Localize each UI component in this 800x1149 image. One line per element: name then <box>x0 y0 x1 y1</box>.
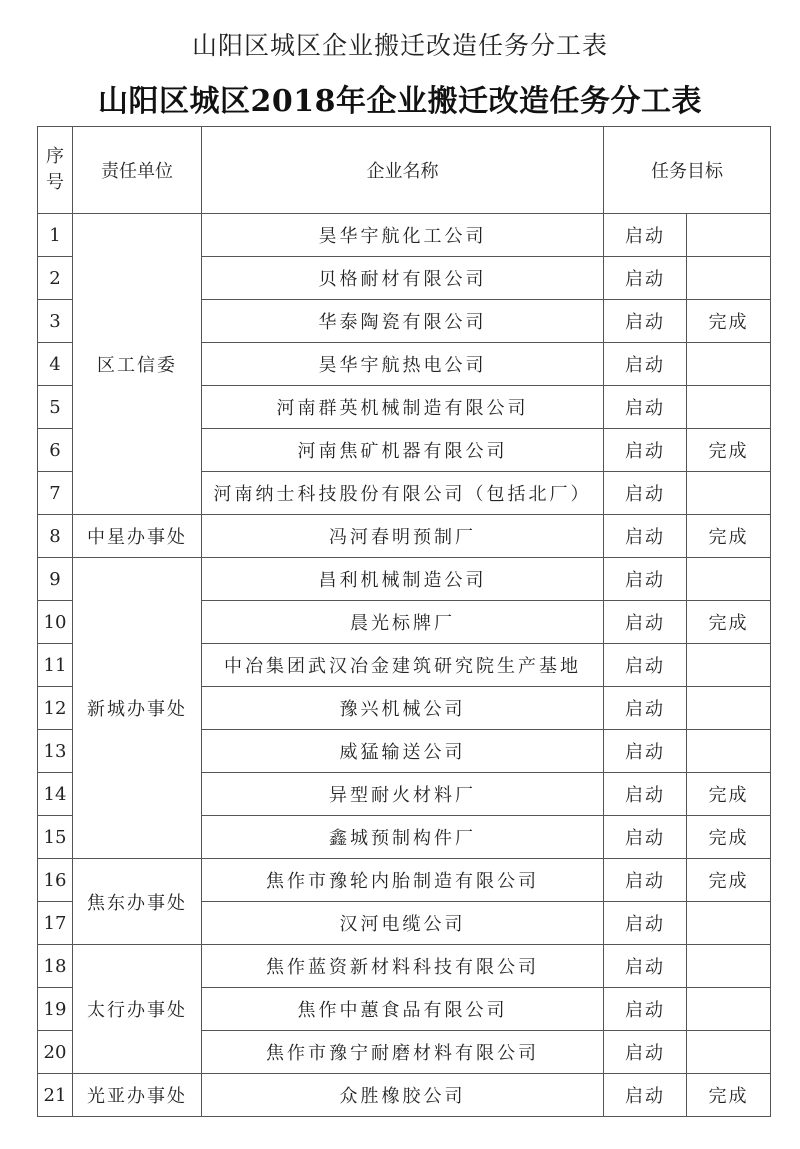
row-target-complete <box>687 687 771 730</box>
document-title: 山阳区城区2018年企业搬迁改造任务分工表 <box>0 76 800 120</box>
row-responsible-unit: 中星办事处 <box>73 515 202 558</box>
table-row: 16焦东办事处焦作市豫轮内胎制造有限公司启动完成 <box>38 859 771 902</box>
row-target-complete <box>687 214 771 257</box>
row-seq: 2 <box>38 257 73 300</box>
table-row: 8中星办事处冯河春明预制厂启动完成 <box>38 515 771 558</box>
row-target-complete: 完成 <box>687 859 771 902</box>
row-target-complete <box>687 730 771 773</box>
row-company-name: 焦作中蕙食品有限公司 <box>202 988 604 1031</box>
row-company-name: 异型耐火材料厂 <box>202 773 604 816</box>
row-target-start: 启动 <box>604 730 687 773</box>
row-target-start: 启动 <box>604 859 687 902</box>
row-target-start: 启动 <box>604 257 687 300</box>
row-seq: 5 <box>38 386 73 429</box>
row-responsible-unit: 光亚办事处 <box>73 1074 202 1117</box>
header-company: 企业名称 <box>202 127 604 214</box>
table-row: 18太行办事处焦作蓝资新材料科技有限公司启动 <box>38 945 771 988</box>
row-company-name: 众胜橡胶公司 <box>202 1074 604 1117</box>
row-company-name: 晨光标牌厂 <box>202 601 604 644</box>
row-target-start: 启动 <box>604 773 687 816</box>
row-seq: 9 <box>38 558 73 601</box>
row-target-complete <box>687 343 771 386</box>
row-company-name: 豫兴机械公司 <box>202 687 604 730</box>
row-responsible-unit: 太行办事处 <box>73 945 202 1074</box>
row-seq: 13 <box>38 730 73 773</box>
row-company-name: 昌利机械制造公司 <box>202 558 604 601</box>
row-seq: 1 <box>38 214 73 257</box>
row-company-name: 焦作市豫轮内胎制造有限公司 <box>202 859 604 902</box>
row-target-start: 启动 <box>604 644 687 687</box>
row-seq: 6 <box>38 429 73 472</box>
table-header-row: 序 号 责任单位 企业名称 任务目标 <box>38 127 771 214</box>
row-seq: 15 <box>38 816 73 859</box>
row-seq: 3 <box>38 300 73 343</box>
row-seq: 7 <box>38 472 73 515</box>
row-company-name: 河南纳士科技股份有限公司（包括北厂） <box>202 472 604 515</box>
row-target-start: 启动 <box>604 988 687 1031</box>
row-target-complete <box>687 988 771 1031</box>
row-target-start: 启动 <box>604 515 687 558</box>
row-target-start: 启动 <box>604 558 687 601</box>
row-target-complete <box>687 472 771 515</box>
row-target-start: 启动 <box>604 816 687 859</box>
row-target-complete: 完成 <box>687 1074 771 1117</box>
row-company-name: 威猛输送公司 <box>202 730 604 773</box>
row-seq: 21 <box>38 1074 73 1117</box>
task-table: 序 号 责任单位 企业名称 任务目标 1区工信委昊华宇航化工公司启动2贝格耐材有… <box>37 126 771 1117</box>
row-company-name: 焦作蓝资新材料科技有限公司 <box>202 945 604 988</box>
row-target-start: 启动 <box>604 386 687 429</box>
row-seq: 12 <box>38 687 73 730</box>
row-company-name: 河南群英机械制造有限公司 <box>202 386 604 429</box>
table-row: 9新城办事处昌利机械制造公司启动 <box>38 558 771 601</box>
row-target-start: 启动 <box>604 429 687 472</box>
row-company-name: 汉河电缆公司 <box>202 902 604 945</box>
row-seq: 14 <box>38 773 73 816</box>
row-company-name: 华泰陶瓷有限公司 <box>202 300 604 343</box>
row-target-complete: 完成 <box>687 515 771 558</box>
row-target-complete <box>687 902 771 945</box>
header-seq: 序 号 <box>38 127 73 214</box>
row-target-start: 启动 <box>604 601 687 644</box>
row-target-complete <box>687 257 771 300</box>
row-target-start: 启动 <box>604 1031 687 1074</box>
row-seq: 16 <box>38 859 73 902</box>
row-target-complete: 完成 <box>687 601 771 644</box>
row-seq: 4 <box>38 343 73 386</box>
row-company-name: 鑫城预制构件厂 <box>202 816 604 859</box>
row-seq: 8 <box>38 515 73 558</box>
row-company-name: 焦作市豫宁耐磨材料有限公司 <box>202 1031 604 1074</box>
row-company-name: 冯河春明预制厂 <box>202 515 604 558</box>
row-seq: 10 <box>38 601 73 644</box>
row-target-complete: 完成 <box>687 300 771 343</box>
row-company-name: 昊华宇航热电公司 <box>202 343 604 386</box>
row-company-name: 贝格耐材有限公司 <box>202 257 604 300</box>
row-target-complete <box>687 558 771 601</box>
header-seq-line1: 序 <box>38 144 72 170</box>
header-target: 任务目标 <box>604 127 771 214</box>
row-target-complete <box>687 945 771 988</box>
row-target-start: 启动 <box>604 214 687 257</box>
row-seq: 19 <box>38 988 73 1031</box>
row-target-complete <box>687 1031 771 1074</box>
row-target-start: 启动 <box>604 1074 687 1117</box>
table-row: 1区工信委昊华宇航化工公司启动 <box>38 214 771 257</box>
row-seq: 18 <box>38 945 73 988</box>
row-target-start: 启动 <box>604 902 687 945</box>
row-target-start: 启动 <box>604 687 687 730</box>
header-seq-line2: 号 <box>38 170 72 196</box>
row-target-start: 启动 <box>604 472 687 515</box>
row-seq: 17 <box>38 902 73 945</box>
row-target-complete <box>687 386 771 429</box>
document-subtitle: 山阳区城区企业搬迁改造任务分工表 <box>0 26 800 62</box>
row-company-name: 中冶集团武汉冶金建筑研究院生产基地 <box>202 644 604 687</box>
row-responsible-unit: 新城办事处 <box>73 558 202 859</box>
row-company-name: 河南焦矿机器有限公司 <box>202 429 604 472</box>
row-seq: 11 <box>38 644 73 687</box>
row-target-start: 启动 <box>604 300 687 343</box>
row-responsible-unit: 焦东办事处 <box>73 859 202 945</box>
row-company-name: 昊华宇航化工公司 <box>202 214 604 257</box>
row-target-complete: 完成 <box>687 429 771 472</box>
row-target-complete: 完成 <box>687 773 771 816</box>
header-unit: 责任单位 <box>73 127 202 214</box>
row-target-start: 启动 <box>604 343 687 386</box>
table-body: 1区工信委昊华宇航化工公司启动2贝格耐材有限公司启动3华泰陶瓷有限公司启动完成4… <box>38 214 771 1117</box>
row-responsible-unit: 区工信委 <box>73 214 202 515</box>
row-target-complete: 完成 <box>687 816 771 859</box>
table-row: 21光亚办事处众胜橡胶公司启动完成 <box>38 1074 771 1117</box>
row-seq: 20 <box>38 1031 73 1074</box>
row-target-complete <box>687 644 771 687</box>
row-target-start: 启动 <box>604 945 687 988</box>
